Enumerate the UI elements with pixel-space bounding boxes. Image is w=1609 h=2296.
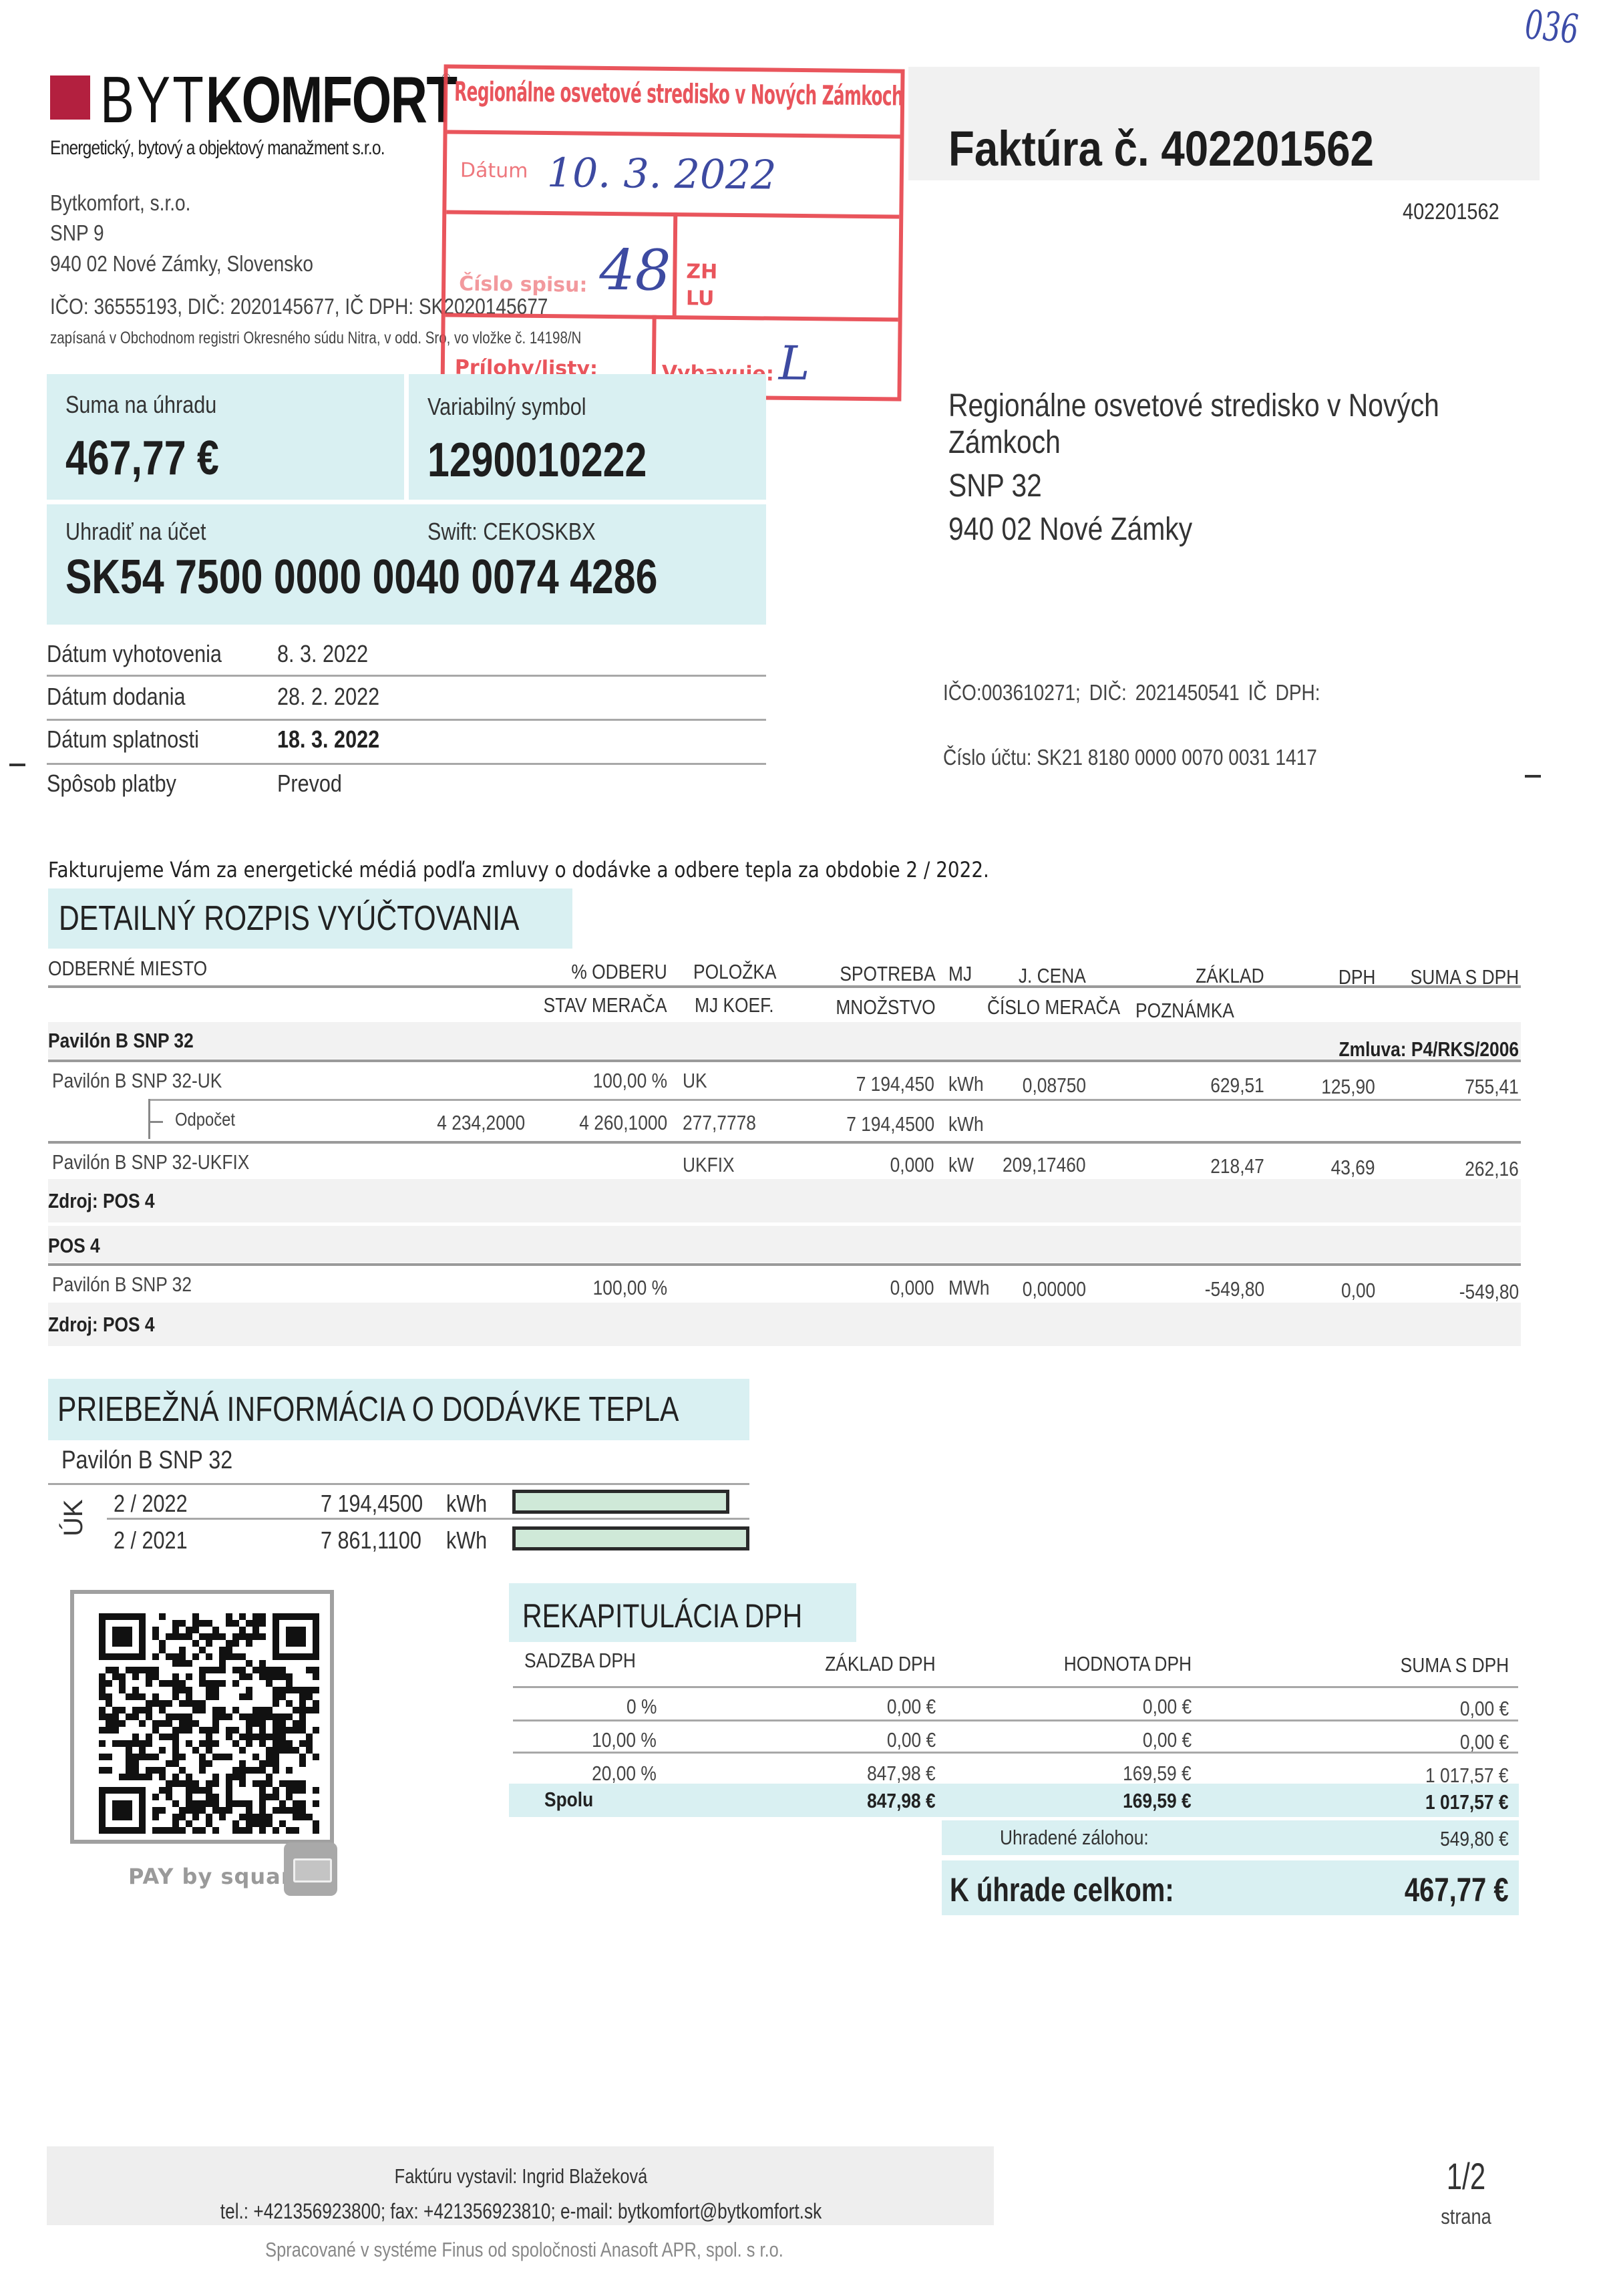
col-header: ČÍSLO MERAČA bbox=[987, 995, 1120, 1019]
detail-heading: DETAILNÝ ROZPIS VYÚČTOVANIA bbox=[59, 898, 519, 939]
cell-pct: 100,00 % bbox=[593, 1069, 667, 1093]
source-row-bg bbox=[48, 1303, 1521, 1346]
payment-qr-code[interactable] bbox=[92, 1613, 326, 1834]
cell-unit-price: 0,08750 bbox=[1023, 1074, 1086, 1098]
heat-value: 7 194,4500 bbox=[321, 1490, 423, 1518]
stamp-title: Regionálne osvetové stredisko v Nových Z… bbox=[454, 77, 903, 112]
logo-heavy-part: KOMFORT bbox=[206, 63, 456, 136]
date-label: Dátum splatnosti bbox=[47, 725, 199, 754]
stamp-file-label: Číslo spisu: bbox=[459, 273, 588, 297]
heat-unit: kWh bbox=[446, 1490, 487, 1518]
cell-total: -549,80 bbox=[1459, 1280, 1519, 1304]
vs-value: 1290010222 bbox=[427, 433, 647, 488]
vat-col-header: SADZBA DPH bbox=[524, 1649, 636, 1673]
cell-base: 629,51 bbox=[1210, 1074, 1264, 1098]
col-header: ODBERNÉ MIESTO bbox=[48, 957, 207, 981]
cell-reading: 4 260,1000 bbox=[579, 1111, 667, 1135]
group-row-bg bbox=[48, 1022, 1521, 1059]
vat-total-sum: 1 017,57 € bbox=[1425, 1790, 1509, 1814]
col-header: % ODBERU bbox=[572, 960, 667, 984]
group-name: POS 4 bbox=[48, 1234, 100, 1258]
recipient-street: SNP 32 bbox=[948, 468, 1042, 504]
invoice-number: 402201562 bbox=[1403, 199, 1499, 225]
cell-consumption: 0,000 bbox=[890, 1153, 934, 1177]
col-header: STAV MERAČA bbox=[544, 993, 667, 1017]
cell-place: Pavilón B SNP 32 bbox=[52, 1273, 192, 1297]
col-header: POLOŽKA bbox=[693, 960, 776, 984]
payment-method-value: Prevod bbox=[277, 770, 342, 798]
cell-unit: MWh bbox=[948, 1276, 989, 1300]
vat-rate: 20,00 % bbox=[592, 1762, 657, 1786]
cell-consumption: 7 194,450 bbox=[856, 1072, 934, 1096]
vat-col-header: SUMA S DPH bbox=[1400, 1653, 1509, 1677]
col-header: MJ bbox=[948, 962, 972, 986]
vat-total-row-bg bbox=[509, 1784, 1519, 1817]
vat-value: 169,59 € bbox=[1123, 1762, 1192, 1786]
tree-connector bbox=[148, 1121, 163, 1123]
contract-number: Zmluva: P4/RKS/2006 bbox=[1339, 1037, 1519, 1061]
stamp-lu: LU bbox=[686, 287, 715, 310]
pay-by-square-label: PAY by square bbox=[128, 1864, 307, 1889]
stamp-handler-value: L bbox=[779, 336, 810, 391]
grand-total-value: 467,77 € bbox=[1405, 1870, 1509, 1909]
vat-total-label: Spolu bbox=[544, 1788, 593, 1812]
cell-total: 755,41 bbox=[1465, 1075, 1519, 1099]
cell-unit: kW bbox=[948, 1153, 974, 1177]
cell-base: 218,47 bbox=[1210, 1154, 1264, 1178]
sender-street: SNP 9 bbox=[50, 220, 104, 246]
heat-unit: kWh bbox=[446, 1526, 487, 1554]
cell-coef: 277,7778 bbox=[683, 1111, 756, 1135]
account-panel: Uhradiť na účet Swift: CEKOSKBX SK54 750… bbox=[47, 504, 766, 625]
stamp-date-label: Dátum bbox=[460, 159, 528, 183]
fold-mark bbox=[9, 764, 25, 766]
footer-contact: tel.: +421356923800; fax: +421356923810;… bbox=[220, 2199, 822, 2224]
amount-value: 467,77 € bbox=[65, 431, 219, 486]
variable-symbol-panel: Variabilný symbol 1290010222 bbox=[409, 374, 766, 500]
source-row-bg bbox=[48, 1179, 1521, 1222]
vat-rate: 10,00 % bbox=[592, 1728, 657, 1752]
cell-base: -549,80 bbox=[1205, 1277, 1264, 1301]
stamp-zh: ZH bbox=[686, 260, 717, 283]
source-label: Zdroj: POS 4 bbox=[48, 1313, 155, 1337]
cell-unit: kWh bbox=[948, 1112, 984, 1136]
cell-unit-price: 209,17460 bbox=[1003, 1153, 1086, 1177]
col-header: J. CENA bbox=[1019, 964, 1086, 988]
date-label: Spôsob platby bbox=[47, 770, 176, 798]
vat-total: 0,00 € bbox=[1460, 1730, 1509, 1754]
footer-issued-by: Faktúru vystavil: Ingrid Blažeková bbox=[395, 2164, 648, 2188]
amount-label: Suma na úhradu bbox=[65, 391, 216, 419]
vat-total-base: 847,98 € bbox=[867, 1789, 936, 1813]
intro-text: Fakturujeme Vám za energetické médiá pod… bbox=[48, 857, 989, 882]
heat-period: 2 / 2022 bbox=[114, 1490, 188, 1518]
cell-total: 262,16 bbox=[1465, 1157, 1519, 1181]
heat-value: 7 861,1100 bbox=[321, 1526, 421, 1554]
account-label: Uhradiť na účet bbox=[65, 518, 206, 546]
cell-vat: 125,90 bbox=[1321, 1075, 1375, 1099]
cell-pct: 100,00 % bbox=[593, 1276, 667, 1300]
col-header: MNOŽSTVO bbox=[836, 995, 936, 1019]
recipient-ids: IČO:003610271; DIČ: 2021450541 IČ DPH: bbox=[943, 680, 1320, 705]
amount-panel: Suma na úhradu 467,77 € bbox=[47, 374, 404, 500]
cell-place: Odpočet bbox=[175, 1109, 235, 1130]
vat-value: 0,00 € bbox=[1143, 1728, 1192, 1752]
registry-stamp: Regionálne osvetové stredisko v Nových Z… bbox=[440, 64, 904, 401]
vat-col-header: ZÁKLAD DPH bbox=[826, 1652, 936, 1676]
vat-base: 0,00 € bbox=[887, 1728, 936, 1752]
logo-tagline: Energetický, bytový a objektový manažmen… bbox=[50, 137, 385, 160]
cell-place: Pavilón B SNP 32-UKFIX bbox=[52, 1150, 249, 1174]
date-value: 28. 2. 2022 bbox=[277, 683, 379, 711]
vat-total: 0,00 € bbox=[1460, 1697, 1509, 1721]
cell-item: UK bbox=[683, 1069, 707, 1093]
advance-label: Uhradené zálohou: bbox=[1000, 1826, 1149, 1850]
iban-value: SK54 7500 0000 0040 0074 4286 bbox=[65, 550, 657, 605]
recipient-name-line1: Regionálne osvetové stredisko v Nových bbox=[948, 387, 1439, 424]
vat-rate: 0 % bbox=[627, 1695, 657, 1719]
group-row-bg bbox=[48, 1226, 1521, 1263]
cell-item: UKFIX bbox=[683, 1153, 735, 1177]
col-header: SPOTREBA bbox=[840, 962, 936, 986]
cell-prev-reading: 4 234,2000 bbox=[437, 1111, 525, 1135]
logo-square-icon bbox=[50, 75, 90, 120]
payment-card-icon bbox=[284, 1842, 337, 1896]
footer-software: Spracované v systéme Finus od spoločnost… bbox=[265, 2238, 783, 2262]
group-name: Pavilón B SNP 32 bbox=[48, 1029, 194, 1053]
vat-total-vat: 169,59 € bbox=[1123, 1789, 1192, 1813]
heat-side-label: ÚK bbox=[59, 1499, 89, 1536]
vat-col-header: HODNOTA DPH bbox=[1064, 1652, 1192, 1676]
recipient-account: Číslo účtu: SK21 8180 0000 0070 0031 141… bbox=[943, 745, 1317, 770]
invoice-title: Faktúra č. 402201562 bbox=[948, 120, 1374, 177]
vat-value: 0,00 € bbox=[1143, 1695, 1192, 1719]
col-header: ZÁKLAD bbox=[1196, 964, 1264, 988]
col-header: POZNÁMKA bbox=[1135, 999, 1234, 1023]
vat-base: 847,98 € bbox=[867, 1762, 936, 1786]
heat-bar-2022 bbox=[512, 1490, 729, 1514]
page-label: strana bbox=[1441, 2204, 1491, 2229]
logo-light-part: BYT bbox=[100, 63, 206, 136]
cell-place: Pavilón B SNP 32-UK bbox=[52, 1069, 222, 1093]
tree-connector bbox=[148, 1099, 150, 1139]
cell-unit-price: 0,00000 bbox=[1023, 1277, 1086, 1301]
heat-heading: PRIEBEŽNÁ INFORMÁCIA O DODÁVKE TEPLA bbox=[57, 1389, 679, 1430]
handwritten-page-number: 036 bbox=[1524, 1, 1580, 53]
col-header: MJ KOEF. bbox=[695, 993, 774, 1017]
sender-city: 940 02 Nové Zámky, Slovensko bbox=[50, 251, 313, 277]
due-date-value: 18. 3. 2022 bbox=[277, 725, 379, 754]
fold-mark bbox=[1525, 775, 1541, 778]
source-label: Zdroj: POS 4 bbox=[48, 1189, 155, 1213]
swift-code: Swift: CEKOSKBX bbox=[427, 518, 596, 546]
company-logo: BYTKOMFORT bbox=[100, 67, 456, 132]
recipient-name-line2: Zámkoch bbox=[948, 424, 1061, 461]
date-label: Dátum dodania bbox=[47, 683, 186, 711]
cell-vat: 0,00 bbox=[1341, 1279, 1375, 1303]
cell-consumption: 0,000 bbox=[890, 1276, 934, 1300]
heat-place: Pavilón B SNP 32 bbox=[61, 1446, 232, 1475]
cell-vat: 43,69 bbox=[1331, 1156, 1375, 1180]
vs-label: Variabilný symbol bbox=[427, 393, 586, 421]
date-label: Dátum vyhotovenia bbox=[47, 640, 222, 668]
recipient-city: 940 02 Nové Zámky bbox=[948, 511, 1192, 548]
stamp-file-value: 48 bbox=[599, 237, 671, 303]
heat-period: 2 / 2021 bbox=[114, 1526, 188, 1554]
stamp-date-value: 10. 3. 2022 bbox=[547, 150, 777, 199]
vat-base: 0,00 € bbox=[887, 1695, 936, 1719]
cell-quantity: 7 194,4500 bbox=[846, 1112, 934, 1136]
date-value: 8. 3. 2022 bbox=[277, 640, 368, 668]
heat-bar-2021 bbox=[512, 1526, 749, 1550]
vat-heading: REKAPITULÁCIA DPH bbox=[522, 1597, 802, 1635]
page-number: 1/2 bbox=[1447, 2154, 1485, 2198]
grand-total-label: K úhrade celkom: bbox=[950, 1870, 1174, 1909]
sender-name: Bytkomfort, s.r.o. bbox=[50, 190, 190, 216]
advance-value: 549,80 € bbox=[1440, 1827, 1509, 1851]
cell-unit: kWh bbox=[948, 1072, 984, 1096]
